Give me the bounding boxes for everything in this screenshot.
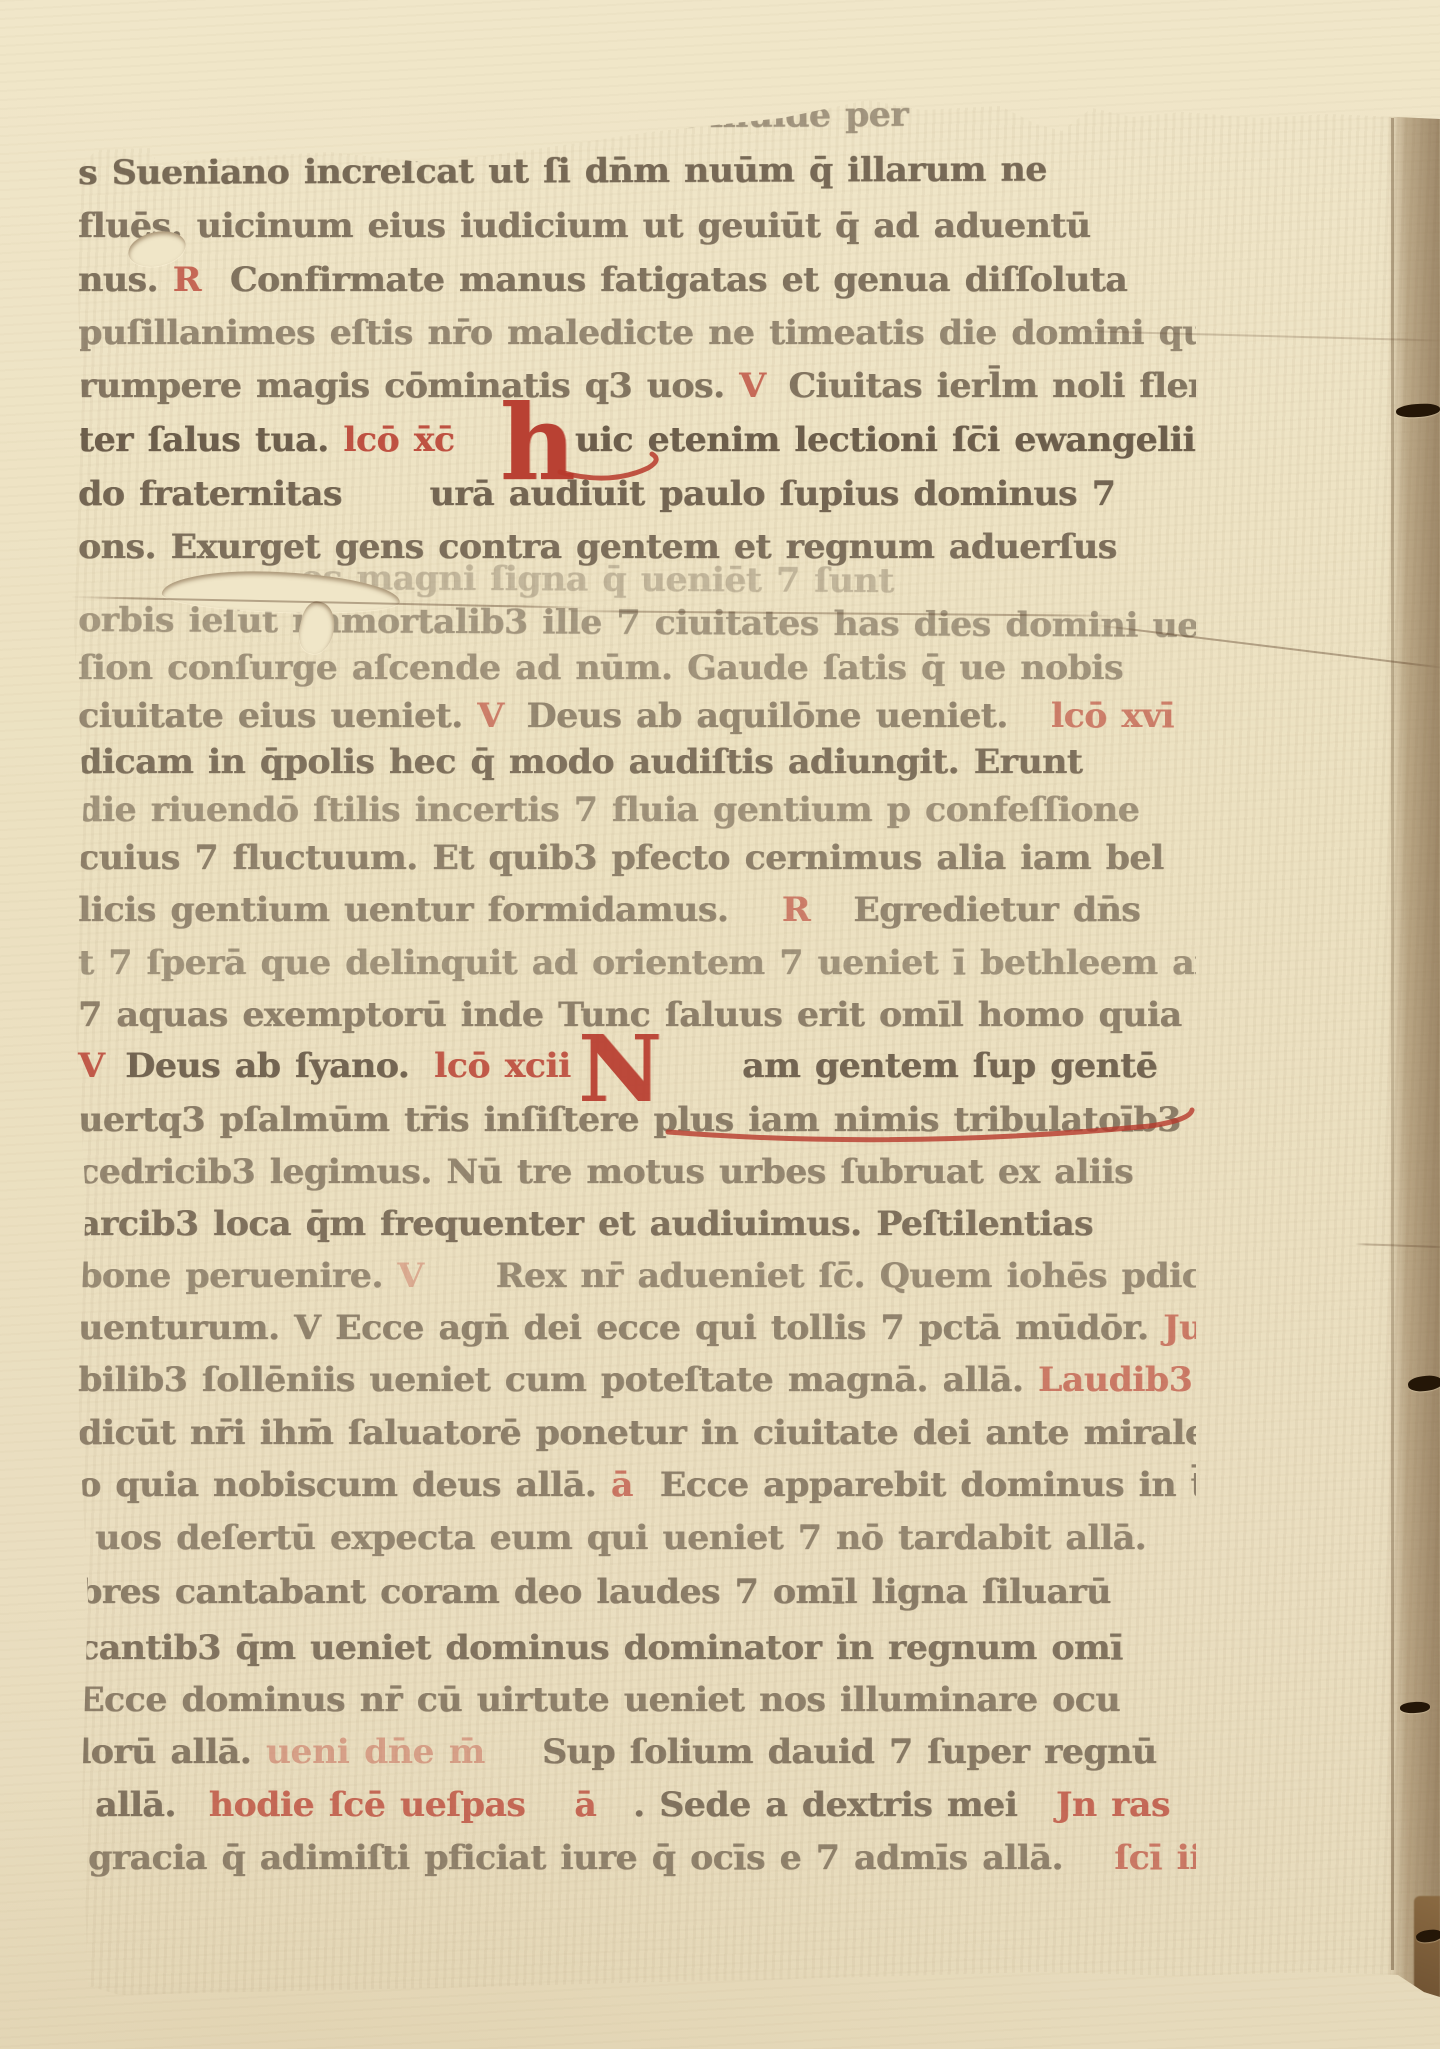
rubric-text: R [782,890,810,930]
rubric-text: V [477,696,503,736]
ink-text: Ecce apparebit dominus in t̄ nūl̄ [645,1465,1196,1505]
text-line: do fraternitasurā audiuit paulo ſupius d… [78,474,1115,514]
rubric-text: V [739,366,765,406]
ink-text: Sup ſolium dauid 7 ſuper regnū [542,1732,1156,1772]
text-line: Ecce dominus nr̄ cū uirtute ueniet nos i… [78,1680,1120,1720]
ink-text: bres cantabant coram deo laudes 7 omīl l… [78,1572,1111,1612]
text-line: arcib3 loca q̄m frequenter et audiuimus.… [78,1204,1093,1244]
text-line: rumpere magis cōminatis q3 uos. V Ciuita… [78,366,1196,406]
text-line: ciuitate eius ueniet. V Deus ab aquilōne… [78,696,1174,736]
ink-text: cuius 7 fluctuum. Et quib3 pfecto cernim… [78,838,1164,878]
ink-text: lorū allā. [78,1732,266,1772]
text-column: nū ſi cōfirmandā eius ſūmūt illuide pers… [0,0,1196,2049]
ink-text: ciuitate eius ueniet. [78,696,477,736]
rubric-text: ſcī ii ā [1114,1838,1196,1878]
ink-text: Confirmate manus fatigatas et genua diſſ… [215,260,1127,300]
text-line: uos deſertū expecta eum qui ueniet 7 nō … [95,1518,1196,1558]
ink-text: gracia q̄ adimiſti pficiat iure q̄ ocīs … [88,1838,1078,1878]
text-line: bone peruenire. V Rex nr̄ adueniet ſc̄. … [78,1256,1196,1296]
text-line: puſillanimes eſtis nr̄o maledicte ne tim… [78,313,1196,353]
rubric-text: Ju mat̄ [1163,1308,1196,1348]
manuscript-photo: nū ſi cōfirmandā eius ſūmūt illuide pers… [0,0,1440,2049]
ink-text: . Sede a dextris mei [633,1785,1017,1825]
ink-text: Egredietur dn̄s [839,890,1141,930]
ink-text: uenturum. V Ecce agn̄ dei ecce qui tolli… [78,1308,1163,1348]
text-line: bilib3 ſollēniis ueniet cum poteſtate ma… [78,1360,1196,1400]
text-line: dicam in q̄polis hec q̄ modo audiſtis ad… [78,742,1082,782]
ink-text: Ecce dominus nr̄ cū uirtute ueniet nos i… [78,1680,1120,1720]
rubric-text: V [78,1046,104,1086]
ink-text: cantib3 q̄m ueniet dominus dominator in … [78,1628,1123,1668]
ink-text: Ciuitas ierl̄m noli flere [774,366,1196,406]
ink-text: rumpere magis cōminatis q3 uos. [78,366,739,406]
text-line: o quia nobiscum deus allā. ā Ecce appare… [78,1465,1196,1505]
text-line: ſion conſurge aſcende ad nūm. Gaude ſati… [78,648,1123,688]
text-line: cedricib3 legimus. Nū tre motus urbes ſu… [78,1152,1133,1192]
rubric-text: lcō x̄c̄ [343,420,454,460]
ink-text: ter ſalus tua. [78,420,343,460]
ink-text: fluēs. uicinum eius iudicium ut geuiūt q… [78,206,1090,246]
ink-text: Rex nr̄ adueniet ſc̄. Quem iohēs pdicaba… [481,1256,1196,1296]
rubric-text: lcō xvī [1051,696,1174,736]
rubric-text: ā [574,1785,596,1825]
rubric-text: R [173,260,201,300]
ink-text: licis gentium uentur formidamus. [78,890,743,930]
rubric-text: lcō xcii [434,1046,571,1086]
text-line: licis gentium uentur formidamus. R Egred… [78,890,1140,930]
text-line: ter ſalus tua. lcō x̄c̄uic etenim lectio… [78,420,1195,460]
text-line: cuius 7 fluctuum. Et quib3 pfecto cernim… [78,838,1164,878]
ink-text: uic etenim lectioni ſc̄i ewangelii [575,420,1195,460]
text-line: fluēs. uicinum eius iudicium ut geuiūt q… [78,206,1090,246]
ink-text: dicam in q̄polis hec q̄ modo audiſtis ad… [78,742,1082,782]
rubric-text: V [397,1256,423,1296]
text-line: uenturum. V Ecce agn̄ dei ecce qui tolli… [78,1308,1196,1348]
ink-text: dicūt nr̄i ihm̄ ſaluatorē ponetur in ciu… [78,1413,1196,1453]
text-line: lorū allā. ueni dn̄e m̄Sup ſolium dauid … [78,1732,1156,1772]
parchment-leaf: nū ſi cōfirmandā eius ſūmūt illuide pers… [0,0,1440,2049]
text-line: allā. hodie ſcē ueſpasā. Sede a dextris … [95,1785,1170,1825]
text-line: t 7 ſperā que delinquit ad orientem 7 ue… [78,943,1196,983]
ink-text: t 7 ſperā que delinquit ad orientem 7 ue… [78,943,1196,983]
ink-text: puſillanimes eſtis nr̄o maledicte ne tim… [78,313,1196,353]
ink-text: arcib3 loca q̄m frequenter et audiuimus.… [78,1204,1093,1244]
ink-text: bone peruenire. [78,1256,397,1296]
fold-crease-line [1391,118,1394,1970]
rubric-text: Jn ras [1056,1785,1170,1825]
initial-n: N [578,1028,662,1111]
ink-text: do fraternitas [78,474,342,514]
text-line: bres cantabant coram deo laudes 7 omīl l… [78,1572,1111,1612]
ink-text: die riuendō ſtilis incertis 7 fluia gent… [78,790,1139,830]
ink-text: am gentem ſup gentē [742,1046,1157,1086]
rubric-text: Laudib3 Ā [1038,1360,1196,1400]
rubric-text: ueni dn̄e m̄ [266,1732,485,1772]
text-line: dicūt nr̄i ihm̄ ſaluatorē ponetur in ciu… [78,1413,1196,1453]
rubric-text: hodie ſcē ueſpas [209,1785,525,1825]
ink-text: bilib3 ſollēniis ueniet cum poteſtate ma… [78,1360,1038,1400]
bottom-right-flap [1414,1896,1440,2000]
ink-text: ſion conſurge aſcende ad nūm. Gaude ſati… [78,648,1123,688]
ink-text: o quia nobiscum deus allā. [78,1465,611,1505]
initial-h: h [500,396,576,490]
ink-text: Deus ab aquilōne ueniet. [512,696,1023,736]
text-line: nus. R Confirmate manus fatigatas et gen… [78,260,1127,300]
ink-text: allā. [95,1785,190,1825]
text-line: cantib3 q̄m ueniet dominus dominator in … [78,1628,1123,1668]
ink-text: cedricib3 legimus. Nū tre motus urbes ſu… [78,1152,1133,1192]
ink-text: uos deſertū expecta eum qui ueniet 7 nō … [95,1518,1161,1558]
rubric-text: ā [611,1465,633,1505]
text-line: gracia q̄ adimiſti pficiat iure q̄ ocīs … [88,1838,1196,1878]
text-line: die riuendō ſtilis incertis 7 fluia gent… [78,790,1139,830]
ink-text: Deus ab ſyano. [111,1046,424,1086]
